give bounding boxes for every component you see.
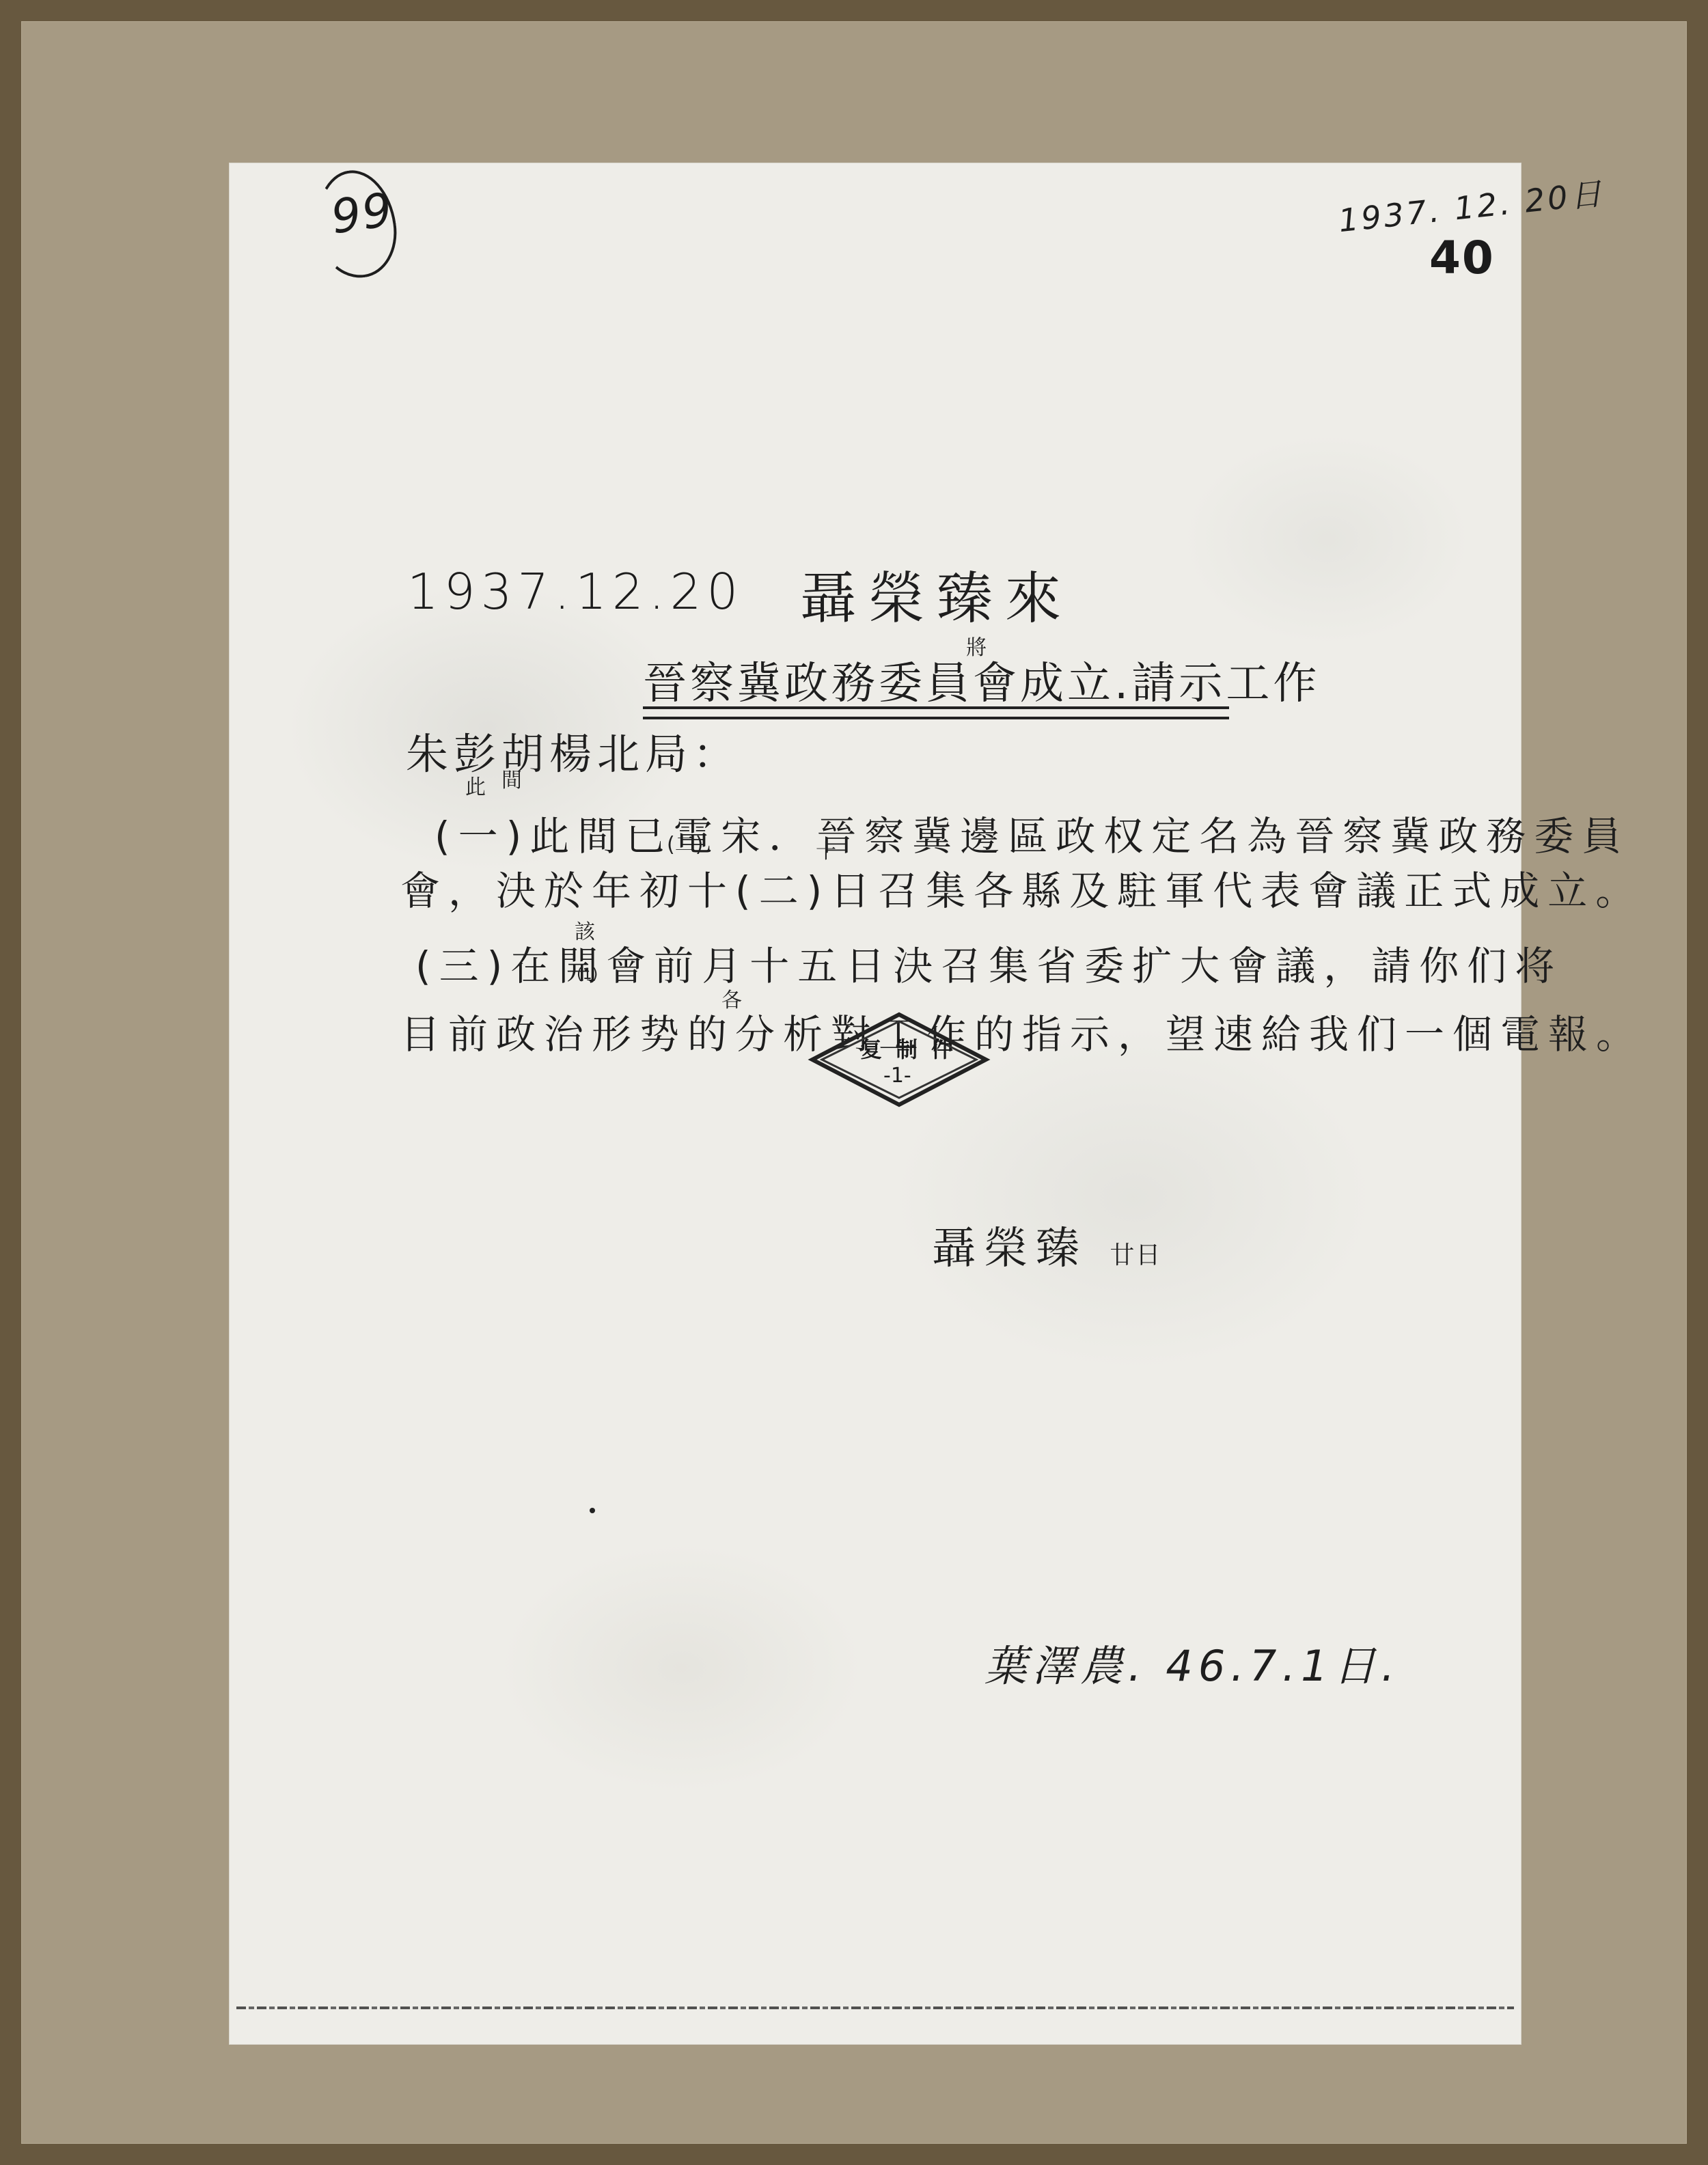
- signature: 聶榮臻 廿日: [932, 1213, 1161, 1276]
- edit-insert-gai: 該: [575, 915, 595, 945]
- title-underline-bottom: [643, 717, 1229, 719]
- edit-insert-jian: 間: [501, 763, 522, 793]
- edit-insert-ge: 各: [721, 983, 742, 1013]
- document-date: 1937.12.20: [407, 563, 743, 620]
- top-right-date: 1937. 12. 20日: [1336, 169, 1606, 241]
- stamp-label: 复制件: [860, 1032, 967, 1064]
- signature-date: 廿日: [1110, 1241, 1161, 1269]
- document-page: 99 1937. 12. 20日 40 1937.12.20 聶榮臻來 將 晉察…: [230, 163, 1521, 2044]
- title-underline-top: [643, 706, 1229, 709]
- paragraph-1-line-1: (一)此間已電宋．晉察冀邊區政权定名為晉察冀政務委員: [435, 804, 1629, 861]
- bottom-dotted-rule: [236, 2007, 1514, 2009]
- sender-line: 聶榮臻來: [800, 554, 1073, 634]
- edit-insert-small: (1): [577, 966, 598, 983]
- photo-mat: 99 1937. 12. 20日 40 1937.12.20 聶榮臻來 將 晉察…: [21, 21, 1687, 2144]
- paragraph-2-line-2: 目前政治形势的分析對工作的指示，望速給我们一個電報。: [400, 1002, 1644, 1060]
- edit-insert-shi: 十: [816, 834, 836, 864]
- archive-number-circle: 99: [309, 165, 403, 284]
- edit-insert-er: (二): [667, 827, 703, 857]
- addressee: 朱彭胡楊北局：: [406, 720, 741, 781]
- signature-name: 聶榮臻: [932, 1224, 1088, 1274]
- ink-speck: [590, 1508, 595, 1513]
- copy-stamp: 复制件 -1-: [807, 1012, 991, 1107]
- paragraph-1-line-2: 會，決於年初十(二)日召集各縣及駐軍代表會議正式成立。: [400, 859, 1643, 916]
- document-title: 晉察冀政務委員會成立.請示工作: [643, 648, 1320, 711]
- stamp-number: -1-: [883, 1064, 911, 1088]
- page-number: 40: [1429, 232, 1495, 284]
- archive-number: 99: [328, 183, 397, 245]
- bottom-annotation: 葉澤農. 46.7.1日.: [984, 1632, 1400, 1693]
- edit-insert-ci: 此: [465, 770, 486, 800]
